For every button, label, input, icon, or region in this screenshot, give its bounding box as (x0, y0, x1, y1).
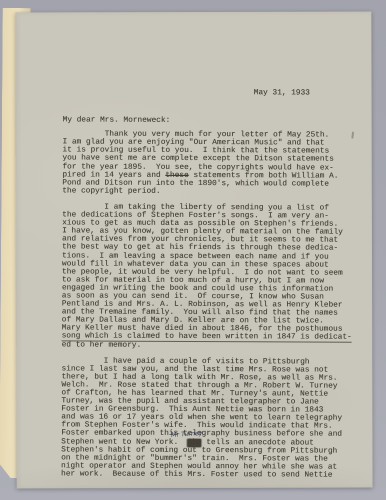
letter-body: May 31, 1933 My dear Mrs. Morneweck: Tha… (15, 11, 373, 489)
letter-paper: May 31, 1933 My dear Mrs. Morneweck: Tha… (15, 12, 372, 489)
letter-salutation: My dear Mrs. Morneweck: (63, 117, 373, 126)
letter-line: her work. Because of this Mrs. Foster us… (61, 470, 371, 479)
letter-paragraph: I am taking the liberty of sending you a… (62, 203, 373, 350)
redacted-word: SheMr Turney (187, 439, 201, 447)
scan-background: May 31, 1933 My dear Mrs. Morneweck: Tha… (0, 0, 386, 500)
letter-paragraph: I have paid a couple of visits to Pittsb… (61, 357, 372, 480)
letter-paragraph: Thank you very much for your letter of M… (62, 131, 372, 197)
letter-line: the copyright period. (62, 187, 372, 196)
letter-text: the copyright period. (62, 187, 160, 195)
letter-date: May 31, 1933 (254, 89, 373, 98)
letter-text: these (165, 172, 188, 180)
letter-text: her work. Because of this Mrs. Foster us… (61, 470, 332, 479)
letter-text: ed to her memory. (62, 341, 142, 349)
letter-paragraphs: Thank you very much for your letter of M… (61, 131, 373, 480)
